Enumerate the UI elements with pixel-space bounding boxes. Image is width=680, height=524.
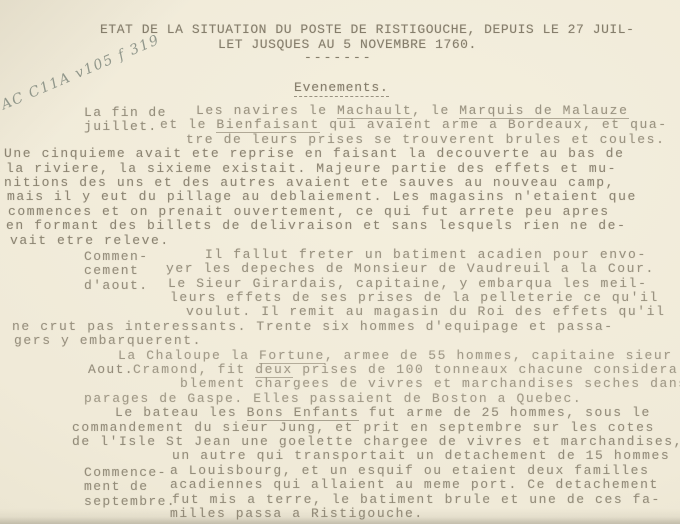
body-text: leurs effets de ses prises de la pellete… bbox=[170, 290, 659, 305]
body-line: blement chargees de vivres et marchandis… bbox=[0, 377, 680, 391]
body-line: Cramond, fit deux prises de 100 tonneaux… bbox=[0, 363, 680, 377]
body-text: milles passa a Ristigouche. bbox=[170, 506, 424, 521]
body-text: yer les depeches de Monsieur de Vaudreui… bbox=[166, 261, 655, 276]
body-text: et le bbox=[160, 117, 216, 132]
body-line: la riviere, la sixieme existait. Majeure… bbox=[0, 162, 680, 176]
body-line: parages de Gaspe. Elles passaient de Bos… bbox=[0, 392, 680, 406]
body-line: a Louisbourg, et un esquif ou etaient de… bbox=[0, 464, 680, 478]
body-text: voulut. Il remit au magasin du Roi des e… bbox=[186, 304, 665, 319]
body-line: acadiennes qui allaient au meme port. Ce… bbox=[0, 478, 680, 492]
body-line: Le bateau les Bons Enfants fut arme de 2… bbox=[0, 406, 680, 420]
body-text: mais il y eut du pillage au deblaiement.… bbox=[7, 189, 637, 204]
body-text: Il fallut freter un batiment acadien pou… bbox=[205, 247, 647, 262]
body-line: fut mis a terre, le batiment brule et un… bbox=[0, 493, 680, 507]
body-line: un autre qui transportait un detachement… bbox=[0, 449, 680, 463]
body-text: Les navires le bbox=[196, 103, 337, 118]
body-text: ne crut pas interessants. Trente six hom… bbox=[12, 319, 614, 334]
body-text: acadiennes qui allaient au meme port. Ce… bbox=[170, 477, 659, 492]
body-line: yer les depeches de Monsieur de Vaudreui… bbox=[0, 262, 680, 276]
body-line: commandement du sieur Jung, et prit en s… bbox=[0, 421, 680, 435]
archive-handwritten-note: AC C11A v105 f 319 bbox=[0, 32, 162, 113]
body-text: commences et on prenait ouvertement, ce … bbox=[8, 204, 610, 219]
body-text: tre de leurs prises se trouverent brules… bbox=[186, 132, 665, 147]
body-text: parages de Gaspe. Elles passaient de Bos… bbox=[84, 391, 582, 406]
body-line: milles passa a Ristigouche. bbox=[0, 507, 680, 521]
document-title-line1: ETAT DE LA SITUATION DU POSTE DE RISTIGO… bbox=[100, 22, 634, 37]
scanned-document-page: AC C11A v105 f 319 ETAT DE LA SITUATION … bbox=[0, 0, 680, 524]
body-text: Le Sieur Girardais, capitaine, y embarqu… bbox=[168, 276, 647, 291]
body-line: commences et on prenait ouvertement, ce … bbox=[0, 205, 680, 219]
body-text: un autre qui transportait un detachement… bbox=[172, 448, 670, 463]
body-text: en formant des billets de delivraison et… bbox=[6, 218, 626, 233]
body-text: Une cinquieme avait ete reprise en faisa… bbox=[4, 146, 624, 161]
body-line: Le Sieur Girardais, capitaine, y embarqu… bbox=[0, 277, 680, 291]
body-text: , le bbox=[412, 103, 459, 118]
body-text: Cramond, fit bbox=[133, 362, 255, 377]
body-line: en formant des billets de delivraison et… bbox=[0, 219, 680, 233]
body-text: nitions des uns et des autres avaient et… bbox=[4, 175, 615, 190]
body-line: Une cinquieme avait ete reprise en faisa… bbox=[0, 147, 680, 161]
body-line: et le Bienfaisant qui avaient arme a Bor… bbox=[0, 118, 680, 132]
body-line: voulut. Il remit au magasin du Roi des e… bbox=[0, 305, 680, 319]
body-text: fut arme de 25 hommes, sous le bbox=[359, 405, 650, 420]
body-line: gers y embarquerent. bbox=[0, 334, 680, 348]
body-text: prises de 100 tonneaux chacune considera… bbox=[293, 362, 680, 377]
body-text: fut mis a terre, le batiment brule et un… bbox=[172, 492, 661, 507]
body-text: la riviere, la sixieme existait. Majeure… bbox=[6, 161, 617, 176]
body-text: commandement du sieur Jung, et prit en s… bbox=[72, 420, 655, 435]
body-text: La Chaloupe la bbox=[118, 348, 259, 363]
body-text: Le bateau les bbox=[115, 405, 247, 420]
body-line: nitions des uns et des autres avaient et… bbox=[0, 176, 680, 190]
body-text: vait etre releve. bbox=[10, 233, 170, 248]
body-text: gers y embarquerent. bbox=[14, 333, 202, 348]
body-text: qui avaient arme a Bordeaux, et qua- bbox=[320, 117, 668, 132]
body-line: vait etre releve. bbox=[0, 234, 680, 248]
body-line: Il fallut freter un batiment acadien pou… bbox=[0, 248, 680, 262]
body-line: La Chaloupe la Fortune, armee de 55 homm… bbox=[0, 349, 680, 363]
body-line: Les navires le Machault, le Marquis de M… bbox=[0, 104, 680, 118]
body-line: mais il y eut du pillage au deblaiement.… bbox=[0, 190, 680, 204]
body-text: a Louisbourg, et un esquif ou etaient de… bbox=[170, 463, 649, 478]
body-line: leurs effets de ses prises de la pellete… bbox=[0, 291, 680, 305]
body-text: blement chargees de vivres et marchandis… bbox=[180, 376, 680, 391]
body-text: , armee de 55 hommes, capitaine sieur bbox=[325, 348, 673, 363]
body-line: de l'Isle St Jean une goelette chargee d… bbox=[0, 435, 680, 449]
body-line: tre de leurs prises se trouverent brules… bbox=[0, 133, 680, 147]
body-line: ne crut pas interessants. Trente six hom… bbox=[0, 320, 680, 334]
section-heading: Evenements. bbox=[294, 80, 389, 97]
body-lines: Les navires le Machault, le Marquis de M… bbox=[0, 104, 680, 521]
title-divider-dashes: ------- bbox=[304, 50, 373, 65]
body-text: de l'Isle St Jean une goelette chargee d… bbox=[72, 434, 680, 449]
